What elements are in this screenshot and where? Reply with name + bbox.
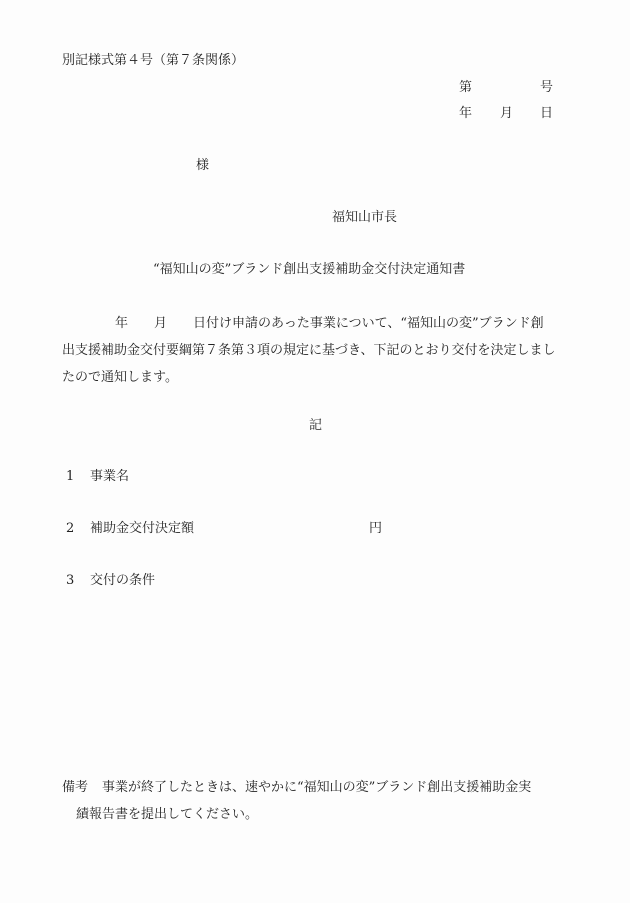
remarks-line-1: 事業が終了したときは、速やかに“福知山の変”ブランド創出支援補助金実	[102, 780, 531, 796]
item-unit: 円	[369, 521, 382, 537]
item-number: 2	[66, 521, 74, 537]
item-label: 事業名	[90, 469, 129, 485]
sender-name: 福知山市長	[332, 210, 397, 226]
item-label: 交付の条件	[90, 573, 155, 589]
remarks-label: 備考	[62, 780, 88, 796]
body-date-month: 月	[154, 316, 167, 331]
number-suffix: 号	[540, 80, 553, 96]
date-year: 年	[459, 106, 472, 122]
form-label: 別記様式第４号（第７条関係）	[62, 53, 244, 69]
body-line-2: 出支援補助金交付要綱第７条第３項の規定に基づき、下記のとおり交付を決定しまし	[62, 337, 582, 364]
ki-heading: 記	[309, 418, 322, 434]
item-number: 3	[66, 573, 74, 589]
body-paragraph: 年月日付け申請のあった事業について、“福知山の変”ブランド創 出支援補助金交付要…	[62, 310, 582, 391]
body-date-year: 年	[115, 316, 128, 331]
body-line-1-text: 日付け申請のあった事業について、“福知山の変”ブランド創	[193, 316, 544, 331]
remarks-line-2: 績報告書を提出してください。	[76, 807, 258, 823]
document-title: “福知山の変”ブランド創出支援補助金交付決定通知書	[153, 262, 465, 278]
body-line-1: 年月日付け申請のあった事業について、“福知山の変”ブランド創	[62, 310, 582, 337]
body-line-3: たので通知します。	[62, 364, 582, 391]
item-number: 1	[66, 469, 74, 485]
addressee-honorific: 様	[196, 158, 209, 174]
number-prefix: 第	[459, 80, 472, 96]
date-month: 月	[500, 106, 513, 122]
item-label: 補助金交付決定額	[90, 521, 194, 537]
date-day: 日	[540, 106, 553, 122]
